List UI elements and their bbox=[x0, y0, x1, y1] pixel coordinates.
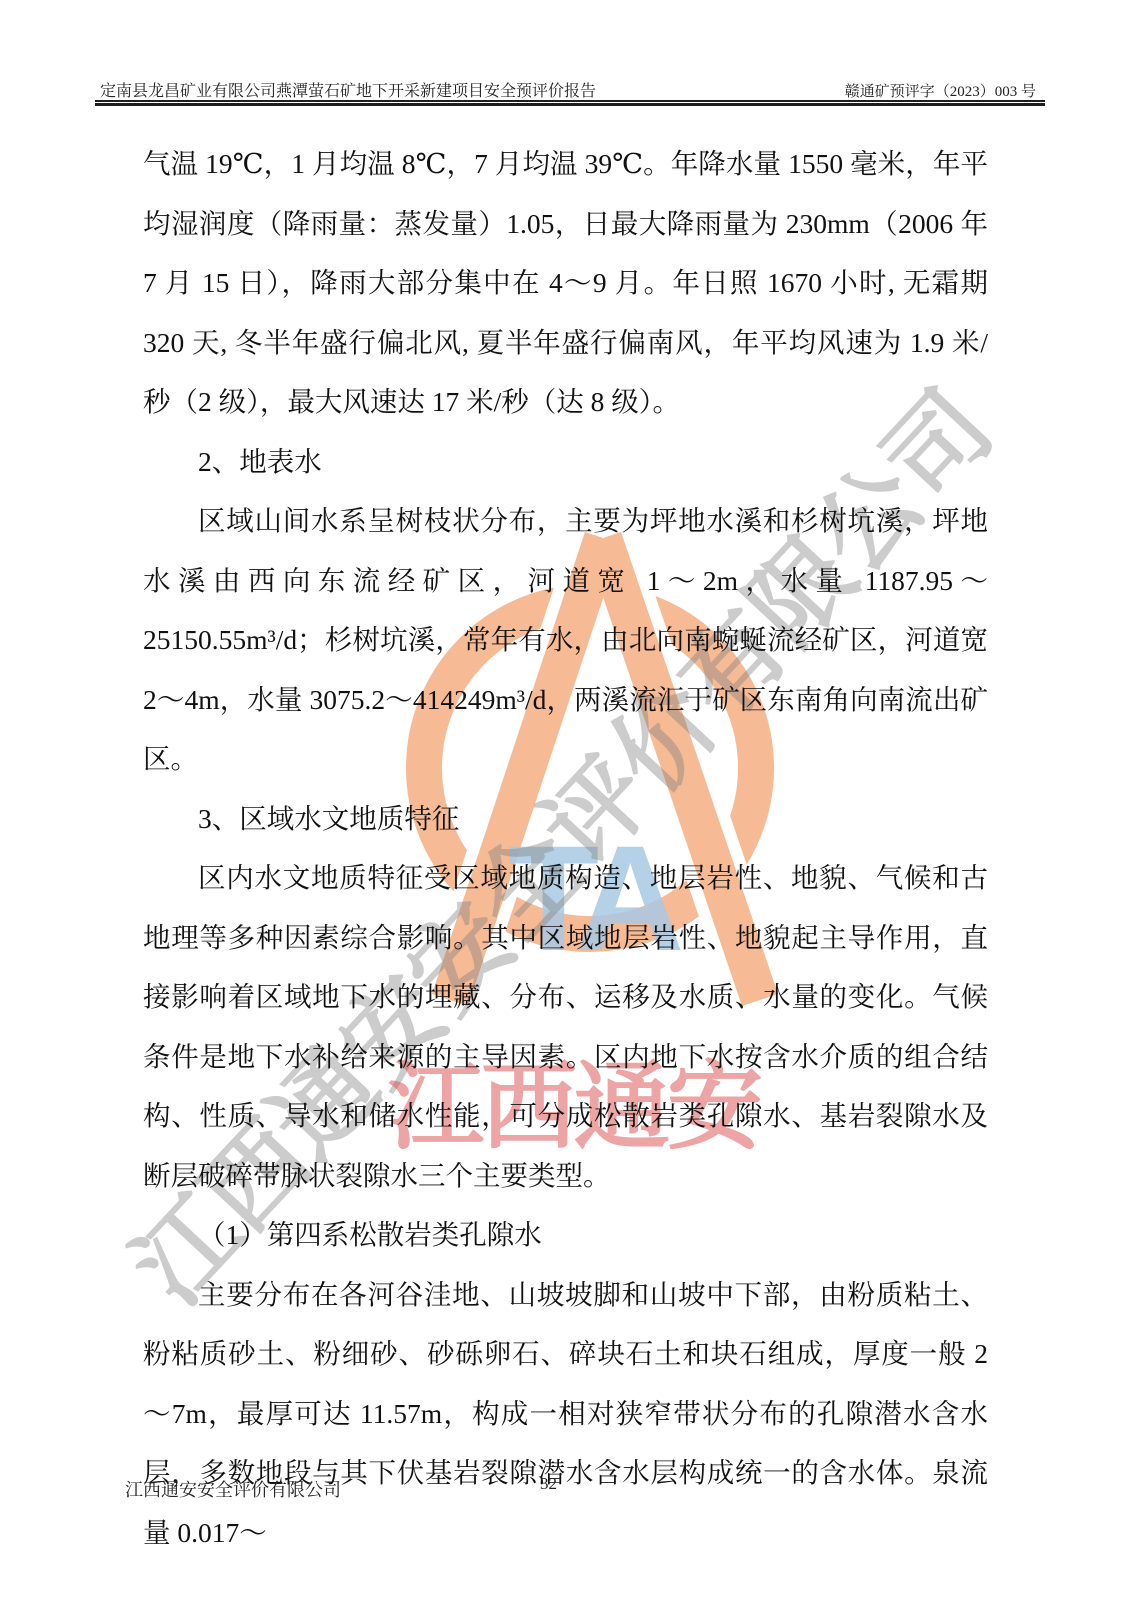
page-header: 定南县龙昌矿业有限公司燕潭萤石矿地下开采新建项目安全预评价报告 赣通矿预评字（2… bbox=[100, 78, 1036, 101]
document-body: 气温 19℃，1 月均温 8℃，7 月均温 39℃。年降水量 1550 毫米，年… bbox=[143, 134, 988, 1562]
page-footer: 江西通安安全评价有限公司 32 bbox=[0, 1472, 1131, 1502]
header-report-title: 定南县龙昌矿业有限公司燕潭萤石矿地下开采新建项目安全预评价报告 bbox=[100, 78, 596, 101]
paragraph-body: 区域山间水系呈树枝状分布，主要为坪地水溪和杉树坑溪，坪地水溪由西向东流经矿区，河… bbox=[143, 491, 988, 789]
header-document-number: 赣通矿预评字（2023）003 号 bbox=[845, 80, 1036, 101]
footer-page-number: 32 bbox=[540, 1474, 557, 1494]
paragraph-body: 主要分布在各河谷洼地、山坡坡脚和山坡中下部，由粉质粘土、粉粘质砂土、粉细砂、砂砾… bbox=[143, 1265, 988, 1563]
paragraph-heading: （1）第四系松散岩类孔隙水 bbox=[143, 1205, 988, 1265]
document-page: TA 江西通安安全评价有限公司 江西通安 定南县龙昌矿业有限公司燕潭萤石矿地下开… bbox=[0, 0, 1131, 1600]
paragraph-continuation: 气温 19℃，1 月均温 8℃，7 月均温 39℃。年降水量 1550 毫米，年… bbox=[143, 134, 988, 432]
footer-company-name: 江西通安安全评价有限公司 bbox=[125, 1476, 341, 1502]
paragraph-heading: 3、区域水文地质特征 bbox=[143, 789, 988, 849]
header-rule bbox=[95, 100, 1045, 106]
paragraph-body: 区内水文地质特征受区域地质构造、地层岩性、地貌、气候和古地理等多种因素综合影响。… bbox=[143, 848, 988, 1205]
paragraph-heading: 2、地表水 bbox=[143, 432, 988, 492]
